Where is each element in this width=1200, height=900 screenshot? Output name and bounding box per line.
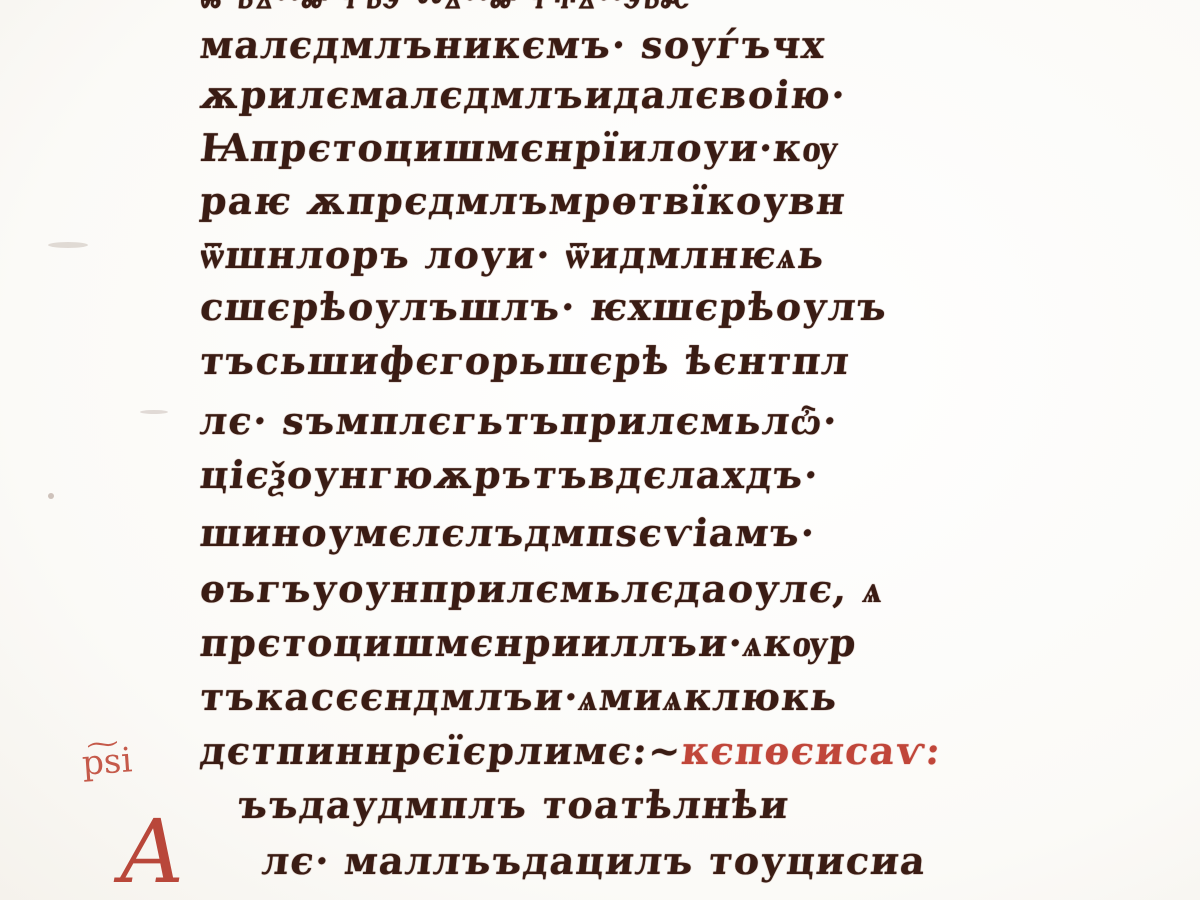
margin-smudge [140, 410, 168, 414]
manuscript-line-15: дєтпиннрєїєрлимє:~кєпѳєисаѵ: [197, 728, 1072, 780]
margin-smudge [48, 242, 88, 248]
manuscript-line-8: тъсьшифєгорьшєрѣ ѣєнтпл [197, 338, 1072, 390]
manuscript-line-2: малєдмлъникємъ· ѕоуѓъчх [197, 22, 1072, 74]
margin-dot [48, 493, 54, 499]
line-text: дєтпиннрєїєрлимє:~ [198, 728, 684, 773]
rubric-text: кєпѳєисаѵ: [679, 728, 943, 773]
manuscript-line-5: раѥ ѫпрєдмлъмрѳтвїкоувн [197, 178, 1072, 230]
manuscript-line-4: Ꙗпрєтоцишмєнрїилоуи·кѹ [197, 125, 1072, 177]
manuscript-line-17: лє· маллъъдацилъ тоуцисиа [259, 838, 1134, 890]
manuscript-line-7: сшєрѣоулъшлъ· ѥхшєрѣоулъ [197, 284, 1072, 336]
manuscript-line-10: цієѯоунгюѫрътъвдєлахдъ· [197, 452, 1072, 504]
manuscript-line-13: прєтоцишмєнрииллъи·ѧкѹр [197, 620, 1072, 672]
manuscript-page: ⰸ ⱃⱄⱅⱆ ⱂⱃⰵ ⰴⱄⱅⱆ ⱂⰰⱄⱅⰵⱃⱘ малєдмлъникємъ· … [0, 0, 1200, 900]
manuscript-line-6: ѿшнлоръ лоуи· ѿидмлнѥѧь [197, 232, 1072, 284]
manuscript-line-9: лє· ѕъмплєгьтъприлємьлѽ· [197, 398, 1072, 450]
manuscript-line-3: ѫрилємалєдмлъидалєвоію· [197, 72, 1072, 124]
margin-note: р͠ѕі [81, 740, 134, 783]
manuscript-line-12: ѳъгъуоунприлємьлєдаоулє, ѧ [197, 566, 1072, 618]
manuscript-line-14: тъкасєєндмлъи·ѧмиѧклюкь [197, 674, 1072, 726]
manuscript-line-16: ъъдаудмплъ тоатѣлнѣи [235, 782, 1110, 834]
manuscript-line-11: шиноумєлєлъдмпѕєѵіамъ· [197, 510, 1072, 562]
decorated-initial: А [109, 800, 194, 900]
